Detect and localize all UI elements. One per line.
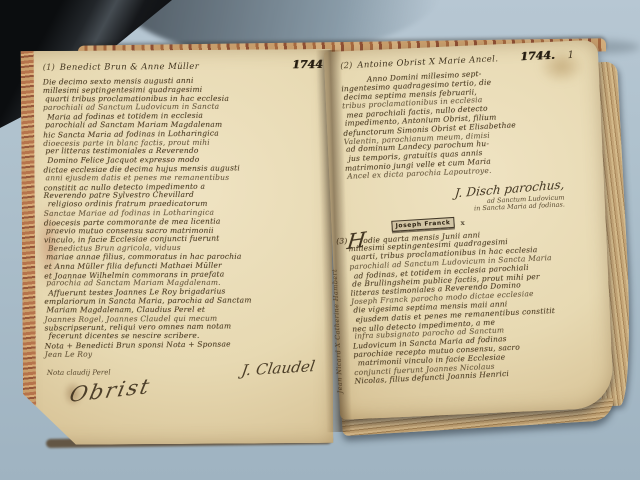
priest-signature-block: J. Disch parochus, ad Sanctum Ludovicum … [346,175,565,219]
hw-line: per litteras testimoniales a Reverendo [45,147,323,157]
left-page: (1) Benedict Brun & Anne Müller 1744 Die… [21,49,334,445]
name-stamp: Joseph Franck [391,216,455,231]
hw-line: Jean Le Roy [45,349,325,360]
witness-mark-note: Nota claudij Perel [47,368,111,376]
signature-flourish: Obrist [68,376,153,406]
entry-number-2: (2) [340,61,352,72]
photo-scene: (1) Benedict Brun & Anne Müller 1744 Die… [0,0,640,480]
right-entry3-body-text: odie quarta mensis Junii annimillesimi s… [348,226,589,386]
left-entry-body-text: Die decimo sexto mensis augusti annimill… [43,76,325,359]
stamp-cross-mark: x [460,218,465,227]
left-year-label: 1744 [292,58,323,71]
folio-number: 1 [567,50,574,61]
entry-number-1: (1) [43,63,55,73]
right-entry2-body-text: Anno Domini millesimo sept-ingentesimo q… [341,66,580,182]
right-page: (2) Antoine Obrist X Marie Ancel. 1744. … [324,40,614,420]
left-couple-names: Benedict Brun & Anne Müller [60,62,199,73]
right-entry3-block: (3) H odie quarta mensis Junii annimille… [348,226,589,386]
signature-claudel: J. Claudel [241,360,316,378]
hw-line: mariae annae filius, commoratus in hac p… [46,253,324,263]
left-page-content: (1) Benedict Brun & Anne Müller 1744 Die… [21,49,334,445]
left-page-header: (1) Benedict Brun & Anne Müller 1744 [43,58,323,73]
right-page-content: (2) Antoine Obrist X Marie Ancel. 1744. … [324,40,614,420]
right-year-label: 1744. [520,49,555,64]
left-signature-row: Nota claudij Perel J. Claudel [47,362,315,377]
